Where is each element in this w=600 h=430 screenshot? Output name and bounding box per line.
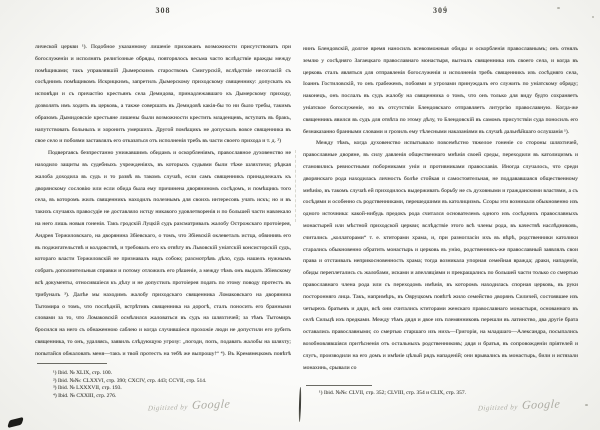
scan-speck: [585, 404, 588, 406]
scan-speck: [592, 16, 594, 18]
gutter-ink-stroke: [299, 387, 302, 422]
body-text-right: нинъ Блендовскій, долгое время наносилъ …: [303, 44, 578, 377]
page-number-left: 308: [35, 6, 291, 15]
paragraph: лической церкви ¹). Подобное указанному …: [35, 42, 291, 148]
book-scan-page: { "colors": { "paper": "#f7f7f3", "ink":…: [0, 0, 600, 430]
footnote-rule-right: [306, 385, 372, 386]
paragraph: Между тѣмъ, когда духовенство испытывало…: [303, 138, 578, 374]
paragraph: Подвергаясь безпрестанно унижавшимъ обид…: [35, 148, 291, 361]
body-text-left: лической церкви ¹). Подобное указанному …: [35, 42, 291, 361]
footnote-line: ³) Ibid. № LXXXVII, стр. 193.: [53, 385, 206, 393]
watermark-prefix-text: Digitized by: [148, 403, 189, 412]
footnote-line: ¹) Ibid. №№: CLVII, стр. 352; CLVIII, ст…: [319, 390, 466, 398]
book-page-left: 308 лической церкви ¹). Подобное указанн…: [35, 0, 291, 430]
scan-speck: [557, 7, 560, 9]
ink-blot-mark: [7, 417, 24, 428]
book-page-right: 309 нинъ Блендовскій, долгое время нанос…: [303, 0, 578, 430]
footnote-line: ¹) Ibid. № XLIX, стр. 100.: [53, 370, 206, 378]
google-logo-watermark: Google: [522, 397, 561, 412]
page-number-right: 309: [303, 6, 578, 15]
google-logo-watermark: Google: [192, 397, 231, 412]
google-watermark-left: Digitized by Google: [147, 395, 231, 416]
page-gutter-crease: [295, 150, 296, 222]
footnote-rule-left: [37, 363, 107, 364]
footnotes-right: ¹) Ibid. №№: CLVII, стр. 352; CLVIII, ст…: [319, 390, 466, 398]
watermark-prefix-text: Digitized by: [478, 403, 519, 412]
google-watermark-right: Digitized by Google: [477, 395, 561, 416]
paragraph: нинъ Блендовскій, долгое время наносилъ …: [303, 44, 578, 138]
